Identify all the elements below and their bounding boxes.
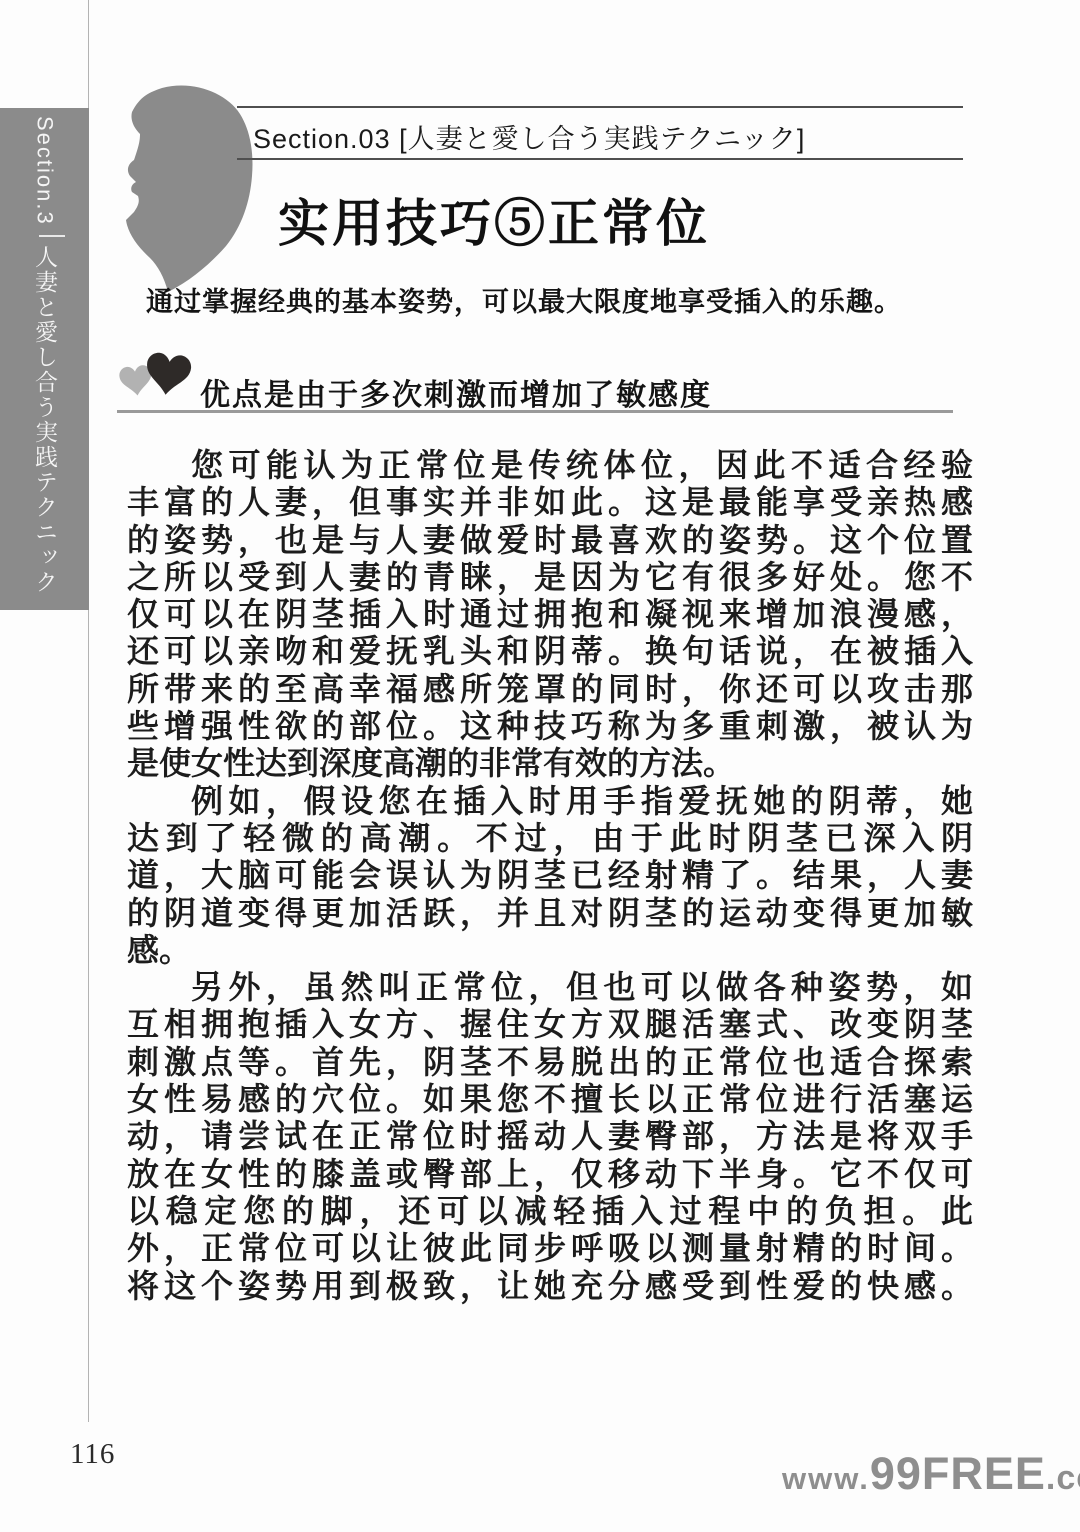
page-title: 实用技巧⑤正常位 <box>278 182 710 256</box>
page-number: 116 <box>70 1438 115 1471</box>
body-line: 感。 <box>127 932 973 969</box>
body-line: 将这个姿势用到极致，让她充分感受到性爱的快感。 <box>127 1268 973 1305</box>
side-tab-title: 人妻と愛し合う実践テクニック <box>33 245 56 595</box>
watermark: www.99FREE.cc <box>782 1448 1077 1500</box>
body-line: 刺激点等。首先，阴茎不易脱出的正常位也适合探索 <box>127 1044 973 1081</box>
header-rule-top <box>237 106 963 108</box>
body-line: 以稳定您的脚，还可以减轻插入过程中的负担。此 <box>127 1193 973 1230</box>
body-line: 道，大脑可能会误认为阴茎已经射精了。结果，人妻 <box>127 857 973 894</box>
page-subtitle: 通过掌握经典的基本姿势，可以最大限度地享受插入的乐趣。 <box>146 280 902 319</box>
body-line: 所带来的至高幸福感所笼罩的同时，你还可以攻击那 <box>127 671 973 708</box>
body-line: 些增强性欲的部位。这种技巧称为多重刺激，被认为 <box>127 708 973 745</box>
side-tab-section-label: Section.3 <box>32 116 58 226</box>
woman-silhouette-icon <box>103 84 255 294</box>
body-line: 的阴道变得更加活跃，并且对阴茎的运动变得更加敏 <box>127 895 973 932</box>
body-line: 的姿势，也是与人妻做爱时最喜欢的姿势。这个位置 <box>127 522 973 559</box>
body-text: 您可能认为正常位是传统体位，因此不适合经验丰富的人妻，但事实并非如此。这是最能享… <box>127 447 973 1305</box>
section-side-tab: Section.3 人妻と愛し合う実践テクニック <box>0 108 89 610</box>
header-rule-bottom <box>237 158 963 160</box>
watermark-brand: 99FREE <box>870 1448 1046 1499</box>
section-header: Section.03 [人妻と愛し合う実践テクニック] <box>253 117 805 156</box>
body-line: 放在女性的膝盖或臀部上，仅移动下半身。它不仅可 <box>127 1156 973 1193</box>
body-line: 另外，虽然叫正常位，但也可以做各种姿势，如 <box>127 969 973 1006</box>
book-page: Section.3 人妻と愛し合う実践テクニック Section.03 [人妻と… <box>0 0 1080 1532</box>
body-line: 例如，假设您在插入时用手指爱抚她的阴蒂，她 <box>127 783 973 820</box>
body-line: 还可以亲吻和爱抚乳头和阴蒂。换句话说，在被插入 <box>127 633 973 670</box>
body-line: 达到了轻微的高潮。不过，由于此时阴茎已深入阴 <box>127 820 973 857</box>
topic-rule <box>117 410 953 413</box>
watermark-prefix: www. <box>782 1461 870 1496</box>
topic-heading: 优点是由于多次刺激而增加了敏感度 <box>200 370 712 414</box>
side-tab-divider <box>39 235 65 237</box>
body-line: 仅可以在阴茎插入时通过拥抱和凝视来增加浪漫感， <box>127 596 973 633</box>
body-line: 女性易感的穴位。如果您不擅长以正常位进行活塞运 <box>127 1081 973 1118</box>
body-line: 是使女性达到深度高潮的非常有效的方法。 <box>127 745 973 782</box>
body-line: 丰富的人妻，但事实并非如此。这是最能享受亲热感 <box>127 484 973 521</box>
body-line: 动，请尝试在正常位时摇动人妻臀部，方法是将双手 <box>127 1118 973 1155</box>
body-line: 您可能认为正常位是传统体位，因此不适合经验 <box>127 447 973 484</box>
body-line: 互相拥抱插入女方、握住女方双腿活塞式、改变阴茎 <box>127 1006 973 1043</box>
watermark-tld: .cc <box>1046 1459 1080 1497</box>
body-line: 外，正常位可以让彼此同步呼吸以测量射精的时间。 <box>127 1230 973 1267</box>
body-line: 之所以受到人妻的青睐，是因为它有很多好处。您不 <box>127 559 973 596</box>
